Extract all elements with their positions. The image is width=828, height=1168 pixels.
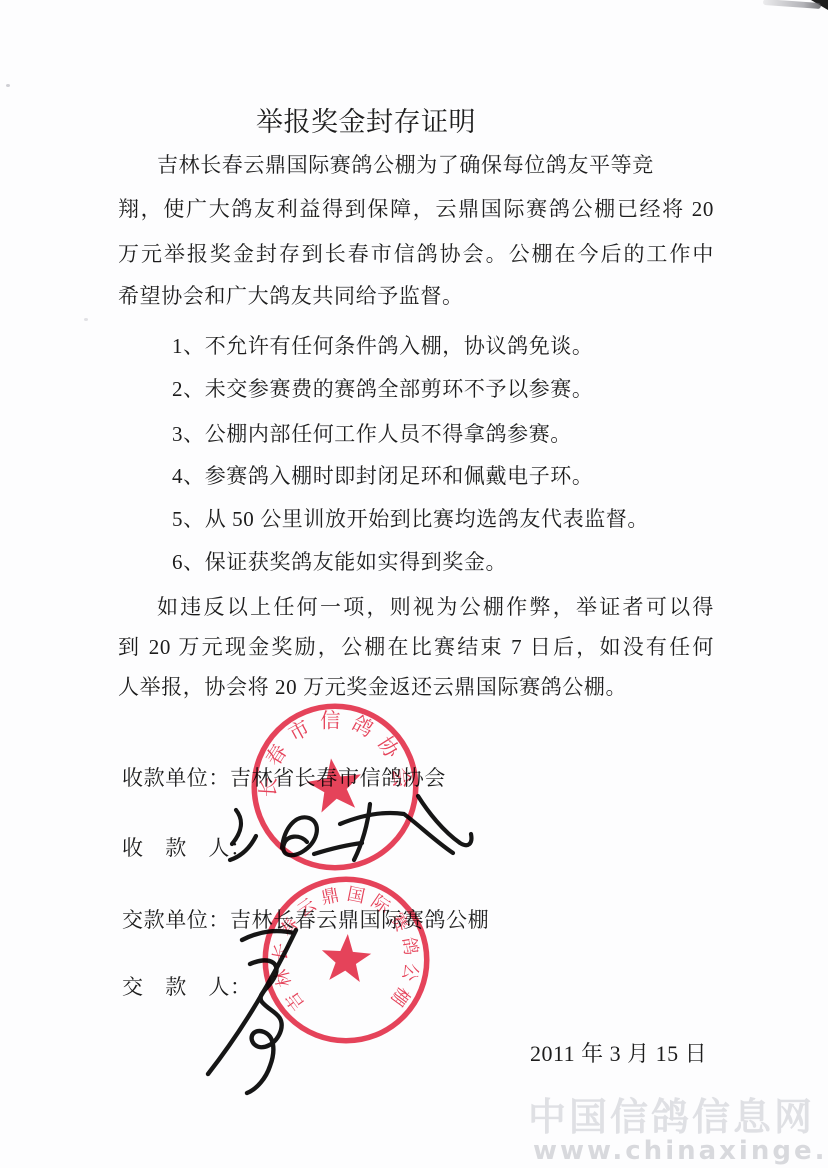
signatures-layer [0,0,828,1168]
scanned-certificate-page: { "document": { "title": "举报奖金封存证明", "bo… [0,0,828,1168]
payee-signature [230,796,471,860]
payer-signature [208,930,296,1093]
